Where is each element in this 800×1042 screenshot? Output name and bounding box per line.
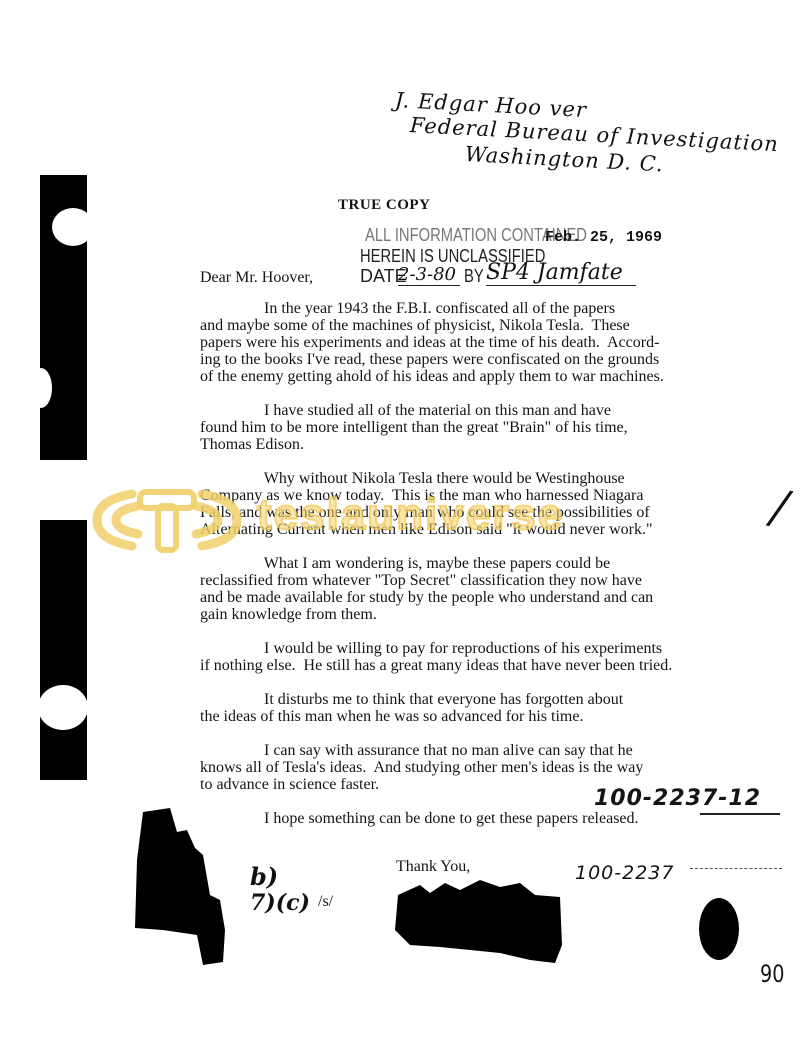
salutation: Dear Mr. Hoover, — [200, 269, 313, 286]
body-line: gain knowledge from them. — [200, 606, 672, 623]
body-line: of the enemy getting ahold of his ideas … — [200, 368, 672, 385]
redaction-blot-signature — [390, 875, 570, 970]
stamp-by-signature: SP4 Jamfate — [486, 260, 636, 286]
paragraph-westinghouse: Why without Nikola Tesla there would be … — [200, 470, 672, 538]
body-line: What I am wondering is, maybe these pape… — [200, 555, 672, 572]
body-line: knows all of Tesla's ideas. And studying… — [200, 759, 672, 776]
body-line: papers were his experiments and ideas at… — [200, 334, 672, 351]
page-number: 90 — [760, 960, 784, 988]
document-title: TRUE COPY — [338, 197, 430, 214]
declassification-stamp-date-row: DATE 2-3-80 BY SP4 Jamfate — [360, 266, 407, 287]
margin-check-mark: / — [768, 479, 791, 535]
body-line: Falls, and was the one and only man who … — [200, 504, 672, 521]
redaction-blot-right — [695, 895, 745, 965]
body-line: Alternating Current when men like Edison… — [200, 521, 672, 538]
body-line: ing to the books I've read, these papers… — [200, 351, 672, 368]
body-line: reclassified from whatever "Top Secret" … — [200, 572, 672, 589]
file-number-annotation: 100-2237-12 — [594, 786, 761, 811]
punch-hole — [52, 208, 94, 246]
file-number-annotation-secondary: 100-2237 — [575, 862, 674, 884]
exemption-code-7c: 7)(c) — [250, 890, 310, 916]
body-line: In the year 1943 the F.B.I. confiscated … — [200, 300, 672, 317]
body-line: found him to be more intelligent than th… — [200, 419, 672, 436]
body-line: I hope something can be done to get thes… — [200, 810, 672, 827]
body-line: and be made available for study by the p… — [200, 589, 672, 606]
stamp-by-label: BY — [464, 266, 484, 287]
body-line: if nothing else. He still has a great ma… — [200, 657, 672, 674]
body-line: and maybe some of the machines of physic… — [200, 317, 672, 334]
body-line: I can say with assurance that no man ali… — [200, 742, 672, 759]
paragraph-reproductions: I would be willing to pay for reproducti… — [200, 640, 672, 674]
redaction-blot-left — [125, 800, 245, 972]
exemption-code-b: b) — [250, 862, 278, 891]
closing: Thank You, — [396, 858, 470, 875]
file-number-underline — [700, 813, 780, 815]
file-number-dashed-line — [690, 868, 782, 869]
paragraph-reclassification: What I am wondering is, maybe these pape… — [200, 555, 672, 623]
paragraph-forgotten: It disturbs me to think that everyone ha… — [200, 691, 672, 725]
body-line: Company as we know today. This is the ma… — [200, 487, 672, 504]
stamp-date-value: 2-3-80 — [398, 264, 460, 286]
letter-body: In the year 1943 the F.B.I. confiscated … — [200, 300, 672, 827]
body-line: the ideas of this man when he was so adv… — [200, 708, 672, 725]
body-line: Thomas Edison. — [200, 436, 672, 453]
paragraph-release-request: I hope something can be done to get thes… — [200, 810, 672, 827]
punch-hole — [30, 368, 52, 408]
body-line: I would be willing to pay for reproducti… — [200, 640, 672, 657]
body-line: It disturbs me to think that everyone ha… — [200, 691, 672, 708]
paragraph-intelligence: I have studied all of the material on th… — [200, 402, 672, 453]
body-line: I have studied all of the material on th… — [200, 402, 672, 419]
signature-mark: /s/ — [318, 893, 333, 910]
body-line: Why without Nikola Tesla there would be … — [200, 470, 672, 487]
margin-bar-lower — [40, 520, 87, 780]
letter-date: Feb. 25, 1969 — [545, 229, 662, 246]
paragraph-confiscation: In the year 1943 the F.B.I. confiscated … — [200, 300, 672, 385]
punch-hole — [38, 685, 88, 730]
